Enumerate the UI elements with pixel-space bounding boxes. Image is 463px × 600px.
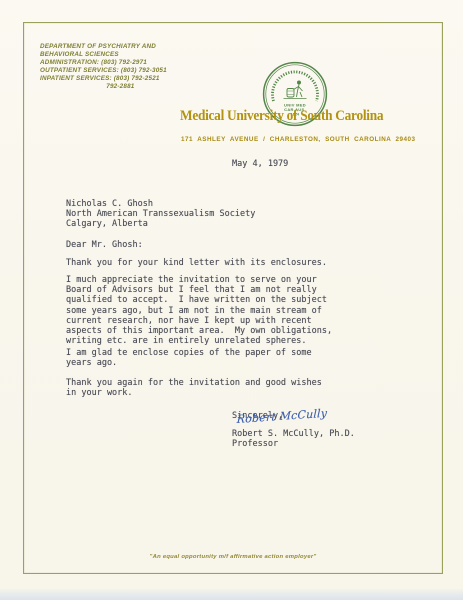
paragraph-3: I am glad te enclose copies of the paper…	[66, 348, 312, 368]
scan-edge-shadow	[0, 589, 463, 600]
recipient-address: Nicholas C. Ghosh North American Transse…	[66, 199, 255, 230]
signer-name: Robert S. McCully, Ph.D.	[232, 429, 355, 439]
seal-arc-lettering	[273, 72, 318, 101]
seal-figure	[284, 81, 307, 99]
letter-page: DEPARTMENT OF PSYCHIATRY AND BEHAVIORAL …	[0, 0, 463, 600]
department-contact-block: DEPARTMENT OF PSYCHIATRY AND BEHAVIORAL …	[40, 43, 167, 91]
university-name: Medical University of South Carolina	[180, 108, 383, 125]
paragraph-2: I much appreciate the invitation to serv…	[66, 275, 332, 346]
university-address: 171 ASHLEY AVENUE / CHARLESTON, SOUTH CA…	[181, 136, 416, 143]
salutation: Dear Mr. Ghosh:	[66, 240, 143, 250]
signer-title: Professor	[232, 439, 278, 449]
equal-opportunity-footer: "An equal opportunity m/f affirmative ac…	[23, 554, 443, 560]
letter-date: May 4, 1979	[232, 159, 288, 169]
paragraph-4: Thank you again for the invitation and g…	[66, 378, 322, 398]
paragraph-1: Thank you for your kind letter with its …	[66, 258, 327, 268]
